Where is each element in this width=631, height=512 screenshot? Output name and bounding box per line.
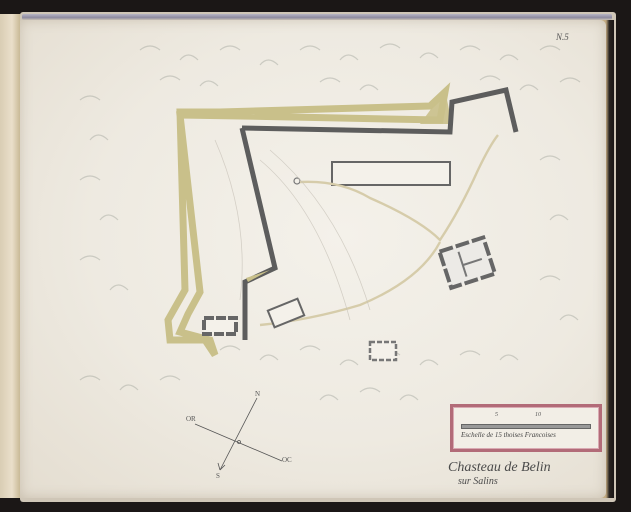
compass-north-label: N (255, 390, 260, 398)
scale-tick-10: 10 (535, 412, 541, 418)
keep-tower (440, 237, 495, 287)
left-page-edge (0, 14, 21, 498)
scale-cartouche: 5 10 Eschelle de 15 thoises Francoises (450, 404, 602, 452)
map-title: Chasteau de Belin (448, 460, 551, 476)
scale-bar (461, 424, 591, 429)
footpath (300, 135, 498, 240)
scale-tick-5: 5 (495, 412, 498, 418)
gatehouse (204, 318, 236, 334)
long-building (332, 162, 450, 185)
compass-east-label: OC (282, 456, 292, 464)
map-sheet: N S OR OC N.5 5 10 Eschelle de 15 thoise… (20, 20, 606, 498)
compass-south-label: S (216, 472, 220, 480)
chapel (370, 342, 396, 360)
vegetation-hatching (80, 44, 580, 400)
compass-west-label: OR (186, 415, 196, 423)
page-number: N.5 (556, 32, 569, 42)
map-subtitle: sur Salins (458, 476, 498, 487)
small-outbuilding (268, 299, 304, 328)
compass-rose (195, 398, 282, 470)
scale-caption: Eschelle de 15 thoises Francoises (461, 431, 556, 439)
